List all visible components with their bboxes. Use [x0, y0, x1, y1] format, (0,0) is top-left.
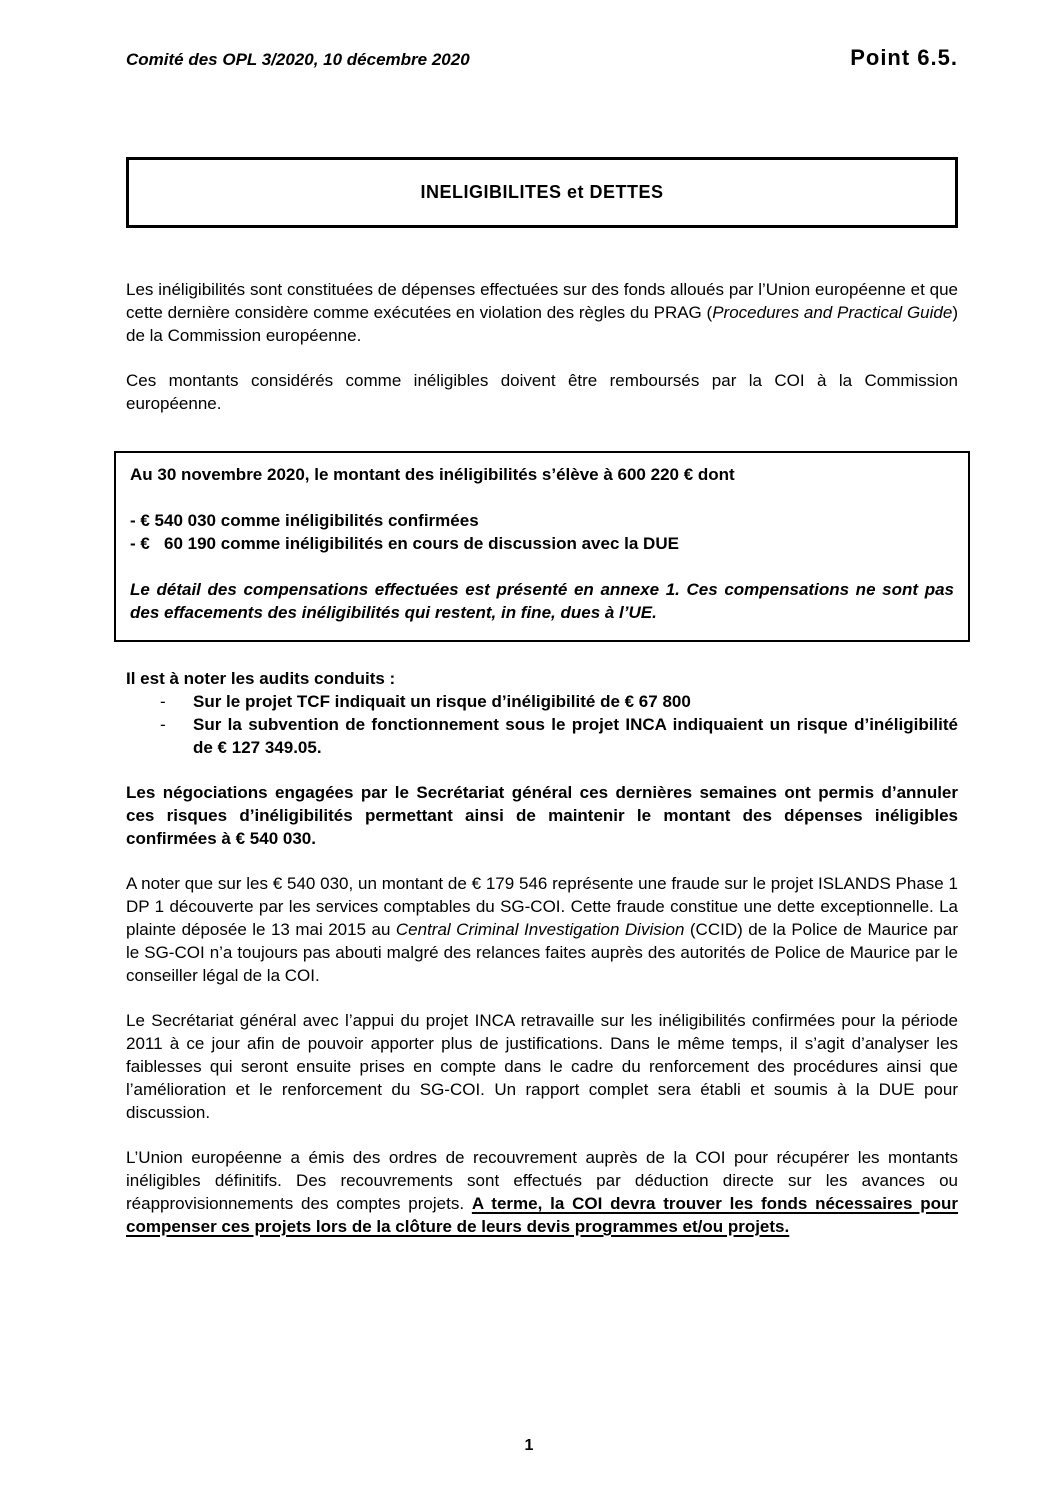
intro-paragraph-1: Les inéligibilités sont constituées de d…: [126, 278, 958, 347]
amounts-total-line: Au 30 novembre 2020, le montant des inél…: [130, 463, 954, 486]
intro-p1-italic-guide-title: Procedures and Practical Guide: [712, 303, 952, 322]
audit-bullet-tcf-text: Sur le projet TCF indiquait un risque d’…: [193, 690, 958, 713]
negotiations-paragraph: Les négociations engagées par le Secréta…: [126, 781, 958, 850]
compensation-note: Le détail des compensations effectuées e…: [130, 578, 954, 624]
document-page: Comité des OPL 3/2020, 10 décembre 2020 …: [0, 0, 1058, 1497]
page-number: 1: [0, 1434, 1058, 1457]
document-title: INELIGIBILITES et DETTES: [420, 182, 663, 202]
intro-paragraph-2: Ces montants considérés comme inéligible…: [126, 369, 958, 415]
audit-bullet-inca: - Sur la subvention de fonctionnement so…: [126, 713, 958, 759]
page-header: Comité des OPL 3/2020, 10 décembre 2020 …: [126, 46, 958, 71]
fraud-italic-ccid-name: Central Criminal Investigation Division: [396, 920, 685, 939]
header-committee-date: Comité des OPL 3/2020, 10 décembre 2020: [126, 48, 470, 71]
audit-bullet-inca-text: Sur la subvention de fonctionnement sous…: [193, 713, 958, 759]
header-point-number: Point 6.5.: [850, 46, 958, 69]
rework-paragraph: Le Secrétariat général avec l’appui du p…: [126, 1009, 958, 1124]
bullet-dash-marker: -: [160, 690, 193, 713]
recovery-paragraph: L’Union européenne a émis des ordres de …: [126, 1146, 958, 1238]
audits-heading: Il est à noter les audits conduits :: [126, 667, 958, 690]
audit-bullet-tcf: - Sur le projet TCF indiquait un risque …: [126, 690, 958, 713]
amounts-highlight-box: Au 30 novembre 2020, le montant des inél…: [114, 451, 970, 642]
bullet-dash-marker: -: [160, 713, 193, 759]
fraud-paragraph: A noter que sur les € 540 030, un montan…: [126, 872, 958, 987]
amount-confirmed-line: - € 540 030 comme inéligibilités confirm…: [130, 509, 954, 532]
title-box: INELIGIBILITES et DETTES: [126, 157, 958, 228]
amount-in-discussion-line: - € 60 190 comme inéligibilités en cours…: [130, 532, 954, 555]
